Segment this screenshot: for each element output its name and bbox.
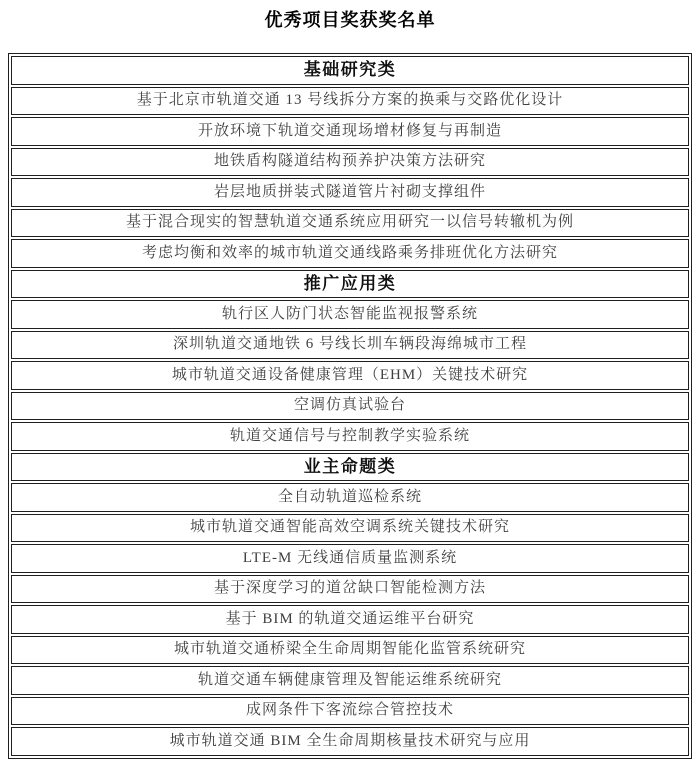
project-row: 全自动轨道巡检系统 xyxy=(11,483,689,512)
section-header-owner-proposition: 业主命题类 xyxy=(11,453,689,482)
project-name: 空调仿真试验台 xyxy=(11,392,689,421)
award-table: 基础研究类 基于北京市轨道交通 13 号线拆分方案的换乘与交路优化设计 开放环境… xyxy=(8,53,692,759)
project-name: 基于北京市轨道交通 13 号线拆分方案的换乘与交路优化设计 xyxy=(11,87,689,116)
project-name: 基于混合现实的智慧轨道交通系统应用研究一以信号转辙机为例 xyxy=(11,209,689,238)
project-row: 基于北京市轨道交通 13 号线拆分方案的换乘与交路优化设计 xyxy=(11,87,689,116)
section-header-row: 业主命题类 xyxy=(11,453,689,482)
project-name: 城市轨道交通 BIM 全生命周期核量技术研究与应用 xyxy=(11,727,689,756)
project-name: 基于深度学习的道岔缺口智能检测方法 xyxy=(11,575,689,604)
project-row: 地铁盾构隧道结构预养护决策方法研究 xyxy=(11,148,689,177)
section-header-row: 基础研究类 xyxy=(11,56,689,85)
section-header-promotion-application: 推广应用类 xyxy=(11,270,689,299)
project-name: 开放环境下轨道交通现场增材修复与再制造 xyxy=(11,117,689,146)
project-row: 轨道交通车辆健康管理及智能运维系统研究 xyxy=(11,666,689,695)
section-header-row: 推广应用类 xyxy=(11,270,689,299)
project-name: 地铁盾构隧道结构预养护决策方法研究 xyxy=(11,148,689,177)
project-row: 基于混合现实的智慧轨道交通系统应用研究一以信号转辙机为例 xyxy=(11,209,689,238)
project-row: 成网条件下客流综合管控技术 xyxy=(11,697,689,726)
project-row: 岩层地质拼装式隧道管片衬砌支撑组件 xyxy=(11,178,689,207)
project-name: 深圳轨道交通地铁 6 号线长圳车辆段海绵城市工程 xyxy=(11,331,689,360)
document-page: 优秀项目奖获奖名单 基础研究类 基于北京市轨道交通 13 号线拆分方案的换乘与交… xyxy=(0,0,700,764)
project-name: 城市轨道交通桥梁全生命周期智能化监管系统研究 xyxy=(11,636,689,665)
project-name: 轨道交通车辆健康管理及智能运维系统研究 xyxy=(11,666,689,695)
project-row: 考虑均衡和效率的城市轨道交通线路乘务排班优化方法研究 xyxy=(11,239,689,268)
project-row: 基于深度学习的道岔缺口智能检测方法 xyxy=(11,575,689,604)
project-name: 岩层地质拼装式隧道管片衬砌支撑组件 xyxy=(11,178,689,207)
project-row: 空调仿真试验台 xyxy=(11,392,689,421)
project-row: 城市轨道交通智能高效空调系统关键技术研究 xyxy=(11,514,689,543)
project-row: 轨行区人防门状态智能监视报警系统 xyxy=(11,300,689,329)
project-name: 基于 BIM 的轨道交通运维平台研究 xyxy=(11,605,689,634)
project-row: 轨道交通信号与控制教学实验系统 xyxy=(11,422,689,451)
project-row: LTE-M 无线通信质量监测系统 xyxy=(11,544,689,573)
section-header-basic-research: 基础研究类 xyxy=(11,56,689,85)
project-name: 城市轨道交通设备健康管理（EHM）关键技术研究 xyxy=(11,361,689,390)
award-table-body: 基础研究类 基于北京市轨道交通 13 号线拆分方案的换乘与交路优化设计 开放环境… xyxy=(11,56,689,756)
project-name: 考虑均衡和效率的城市轨道交通线路乘务排班优化方法研究 xyxy=(11,239,689,268)
project-row: 开放环境下轨道交通现场增材修复与再制造 xyxy=(11,117,689,146)
project-name: 轨行区人防门状态智能监视报警系统 xyxy=(11,300,689,329)
project-row: 城市轨道交通设备健康管理（EHM）关键技术研究 xyxy=(11,361,689,390)
project-row: 城市轨道交通 BIM 全生命周期核量技术研究与应用 xyxy=(11,727,689,756)
project-row: 深圳轨道交通地铁 6 号线长圳车辆段海绵城市工程 xyxy=(11,331,689,360)
project-row: 城市轨道交通桥梁全生命周期智能化监管系统研究 xyxy=(11,636,689,665)
project-name: LTE-M 无线通信质量监测系统 xyxy=(11,544,689,573)
project-row: 基于 BIM 的轨道交通运维平台研究 xyxy=(11,605,689,634)
project-name: 城市轨道交通智能高效空调系统关键技术研究 xyxy=(11,514,689,543)
project-name: 全自动轨道巡检系统 xyxy=(11,483,689,512)
project-name: 轨道交通信号与控制教学实验系统 xyxy=(11,422,689,451)
page-title: 优秀项目奖获奖名单 xyxy=(0,0,700,32)
project-name: 成网条件下客流综合管控技术 xyxy=(11,697,689,726)
